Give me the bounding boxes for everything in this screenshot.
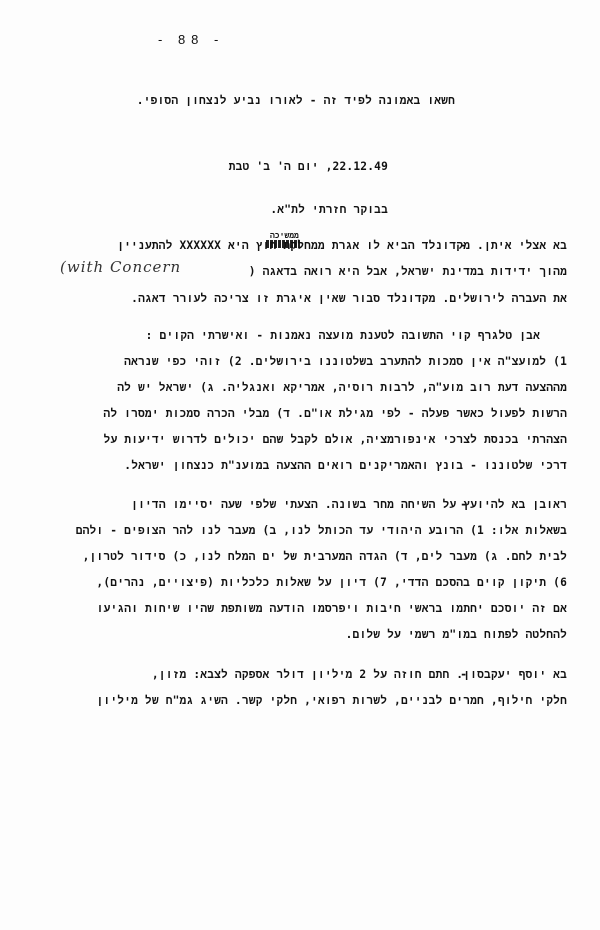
paragraph-line: להחלטה לפתוח במו"מ רשמי על שלום. (346, 628, 567, 642)
paragraph-line: את העברה לירושלים. מקדונלד סבור שאין איג… (131, 292, 567, 306)
paragraph-line: בבוקר חזרתי לת"א. (270, 203, 388, 217)
paragraph-line: הרשות לפעול כאשר פעלה - לפי מגילת או"ם. … (103, 407, 567, 421)
paragraph-line: בשאלות אלו: 1) הרובע היהודי עד הכותל לנו… (76, 524, 567, 538)
paragraph-line: 1) למועצ"ה אין סמכות להתערב בשלטוננו ביר… (124, 355, 567, 369)
paragraph-line: דרכי שלטוננו - בונץ והאמריקנים רואים ההצ… (124, 459, 567, 473)
paragraph-line: 6) תיקון קוים בהסכם הדדי, 7) דיון על שאל… (96, 576, 567, 590)
date-heading: 22.12.49, יום ה' ב' טבת (229, 160, 388, 174)
paragraph-line: אם זה יוסכם יחתמו בראשי חיבות ויפרסמו הו… (97, 602, 567, 616)
paragraph-line: הצהרתי בכנסת לצרכי אינפורמציה, אולם לקבל… (104, 433, 567, 447)
paragraph-line: מההצעה דעת רוב מוע"ה, לרבות רוסיה, אמריק… (117, 381, 567, 395)
paragraph-line: בא אצלי איתן. מקדונלד הביא לו אגרת ממחלק… (117, 239, 567, 253)
opening-sentence: חשאו באמונה לפיד זה - לאורו נביע לנצחון … (137, 94, 455, 108)
paragraph-line: אבן טלגרף קוי התשובה לטענת מועצה נאמנות … (146, 329, 540, 343)
paragraph-line: ראובן בא להיועץ על השיחה מחר בשונה. הצעת… (131, 498, 567, 512)
paragraph-line: חלקי חילוף, חמרים לבניים, לשרות רפואי, ח… (97, 694, 567, 708)
paragraph-line: לבית לחם. ג) מעבר לים, ד) הגדה המערבית ש… (83, 550, 567, 564)
handwritten-note: (with Concern (60, 258, 181, 276)
page-number: - 88 - (158, 32, 224, 47)
paragraph-line: מהוך ידידות במדינת ישראל, אבל היא רואה ב… (249, 265, 567, 279)
paragraph-line: בא יוסף יעקבסון. חתם חוזה על 2 מיליון דו… (152, 668, 567, 682)
document-page: - 88 - חשאו באמונה לפיד זה - לאורו נביע … (0, 0, 600, 930)
